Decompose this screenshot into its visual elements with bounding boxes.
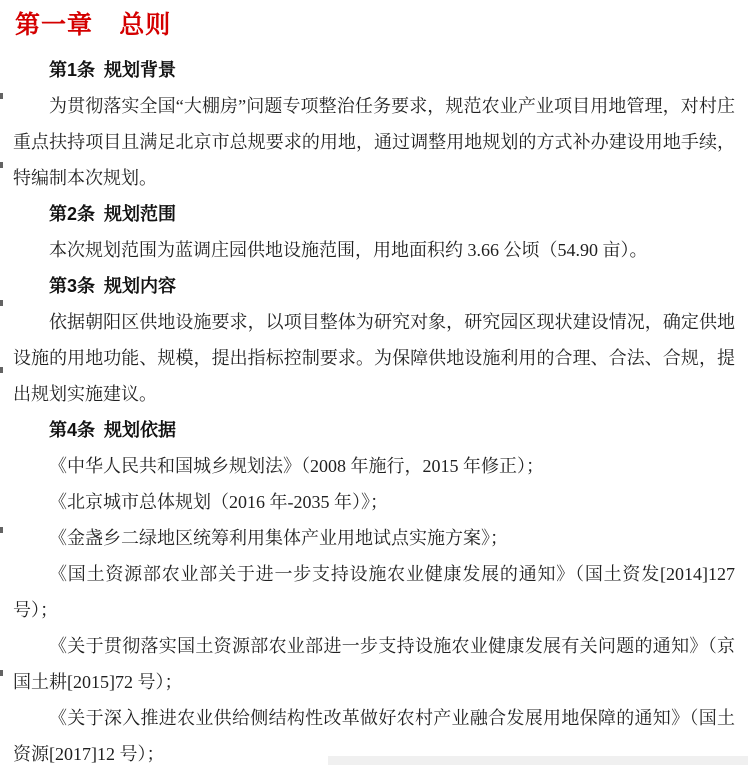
article-2-heading: 第2条规划范围 bbox=[13, 196, 735, 232]
document-page: 第一章总则 第1条规划背景 为贯彻落实全国“大棚房”问题专项整治任务要求，规范农… bbox=[0, 0, 748, 765]
article-2-number: 第2条 bbox=[49, 204, 95, 224]
article-4-heading: 第4条规划依据 bbox=[13, 412, 735, 448]
article-3-paragraph: 依据朝阳区供地设施要求，以项目整体为研究对象，研究园区现状建设情况，确定供地设施… bbox=[13, 304, 735, 412]
scan-artifact bbox=[0, 93, 3, 99]
article-4-reference-5: 《关于贯彻落实国土资源部农业部进一步支持设施农业健康发展有关问题的通知》（京国土… bbox=[13, 628, 735, 700]
article-1-heading: 第1条规划背景 bbox=[13, 52, 735, 88]
article-2-section: 第2条规划范围 本次规划范围为蓝调庄园供地设施范围，用地面积约 3.66 公顷（… bbox=[13, 196, 735, 268]
article-4-number: 第4条 bbox=[49, 420, 95, 440]
scan-artifact bbox=[0, 300, 3, 306]
chapter-heading: 第一章总则 bbox=[15, 10, 735, 40]
scan-artifact bbox=[0, 367, 3, 373]
article-1-paragraph: 为贯彻落实全国“大棚房”问题专项整治任务要求，规范农业产业项目用地管理，对村庄重… bbox=[13, 88, 735, 196]
article-3-number: 第3条 bbox=[49, 276, 95, 296]
article-4-title: 规划依据 bbox=[104, 420, 176, 440]
article-4-reference-1: 《中华人民共和国城乡规划法》（2008 年施行，2015 年修正）； bbox=[13, 448, 735, 484]
chapter-title: 总则 bbox=[119, 11, 171, 39]
article-1-section: 第1条规划背景 为贯彻落实全国“大棚房”问题专项整治任务要求，规范农业产业项目用… bbox=[13, 52, 735, 196]
article-4-reference-2: 《北京城市总体规划（2016 年-2035 年）》； bbox=[13, 484, 735, 520]
article-3-section: 第3条规划内容 依据朝阳区供地设施要求，以项目整体为研究对象，研究园区现状建设情… bbox=[13, 268, 735, 412]
article-1-title: 规划背景 bbox=[104, 60, 176, 80]
article-2-title: 规划范围 bbox=[104, 204, 176, 224]
article-1-number: 第1条 bbox=[49, 60, 95, 80]
chapter-number: 第一章 bbox=[15, 11, 93, 39]
document-content: 第一章总则 第1条规划背景 为贯彻落实全国“大棚房”问题专项整治任务要求，规范农… bbox=[0, 0, 748, 765]
scan-artifact bbox=[0, 527, 3, 533]
scan-artifact bbox=[0, 670, 3, 676]
scan-shadow bbox=[328, 756, 748, 765]
article-4-reference-4: 《国土资源部农业部关于进一步支持设施农业健康发展的通知》（国土资发[2014]1… bbox=[13, 556, 735, 628]
article-4-reference-3: 《金盏乡二绿地区统筹利用集体产业用地试点实施方案》； bbox=[13, 520, 735, 556]
scan-artifact bbox=[0, 162, 3, 168]
article-3-title: 规划内容 bbox=[104, 276, 176, 296]
article-4-section: 第4条规划依据 《中华人民共和国城乡规划法》（2008 年施行，2015 年修正… bbox=[13, 412, 735, 765]
article-3-heading: 第3条规划内容 bbox=[13, 268, 735, 304]
article-2-paragraph: 本次规划范围为蓝调庄园供地设施范围，用地面积约 3.66 公顷（54.90 亩）… bbox=[13, 232, 735, 268]
